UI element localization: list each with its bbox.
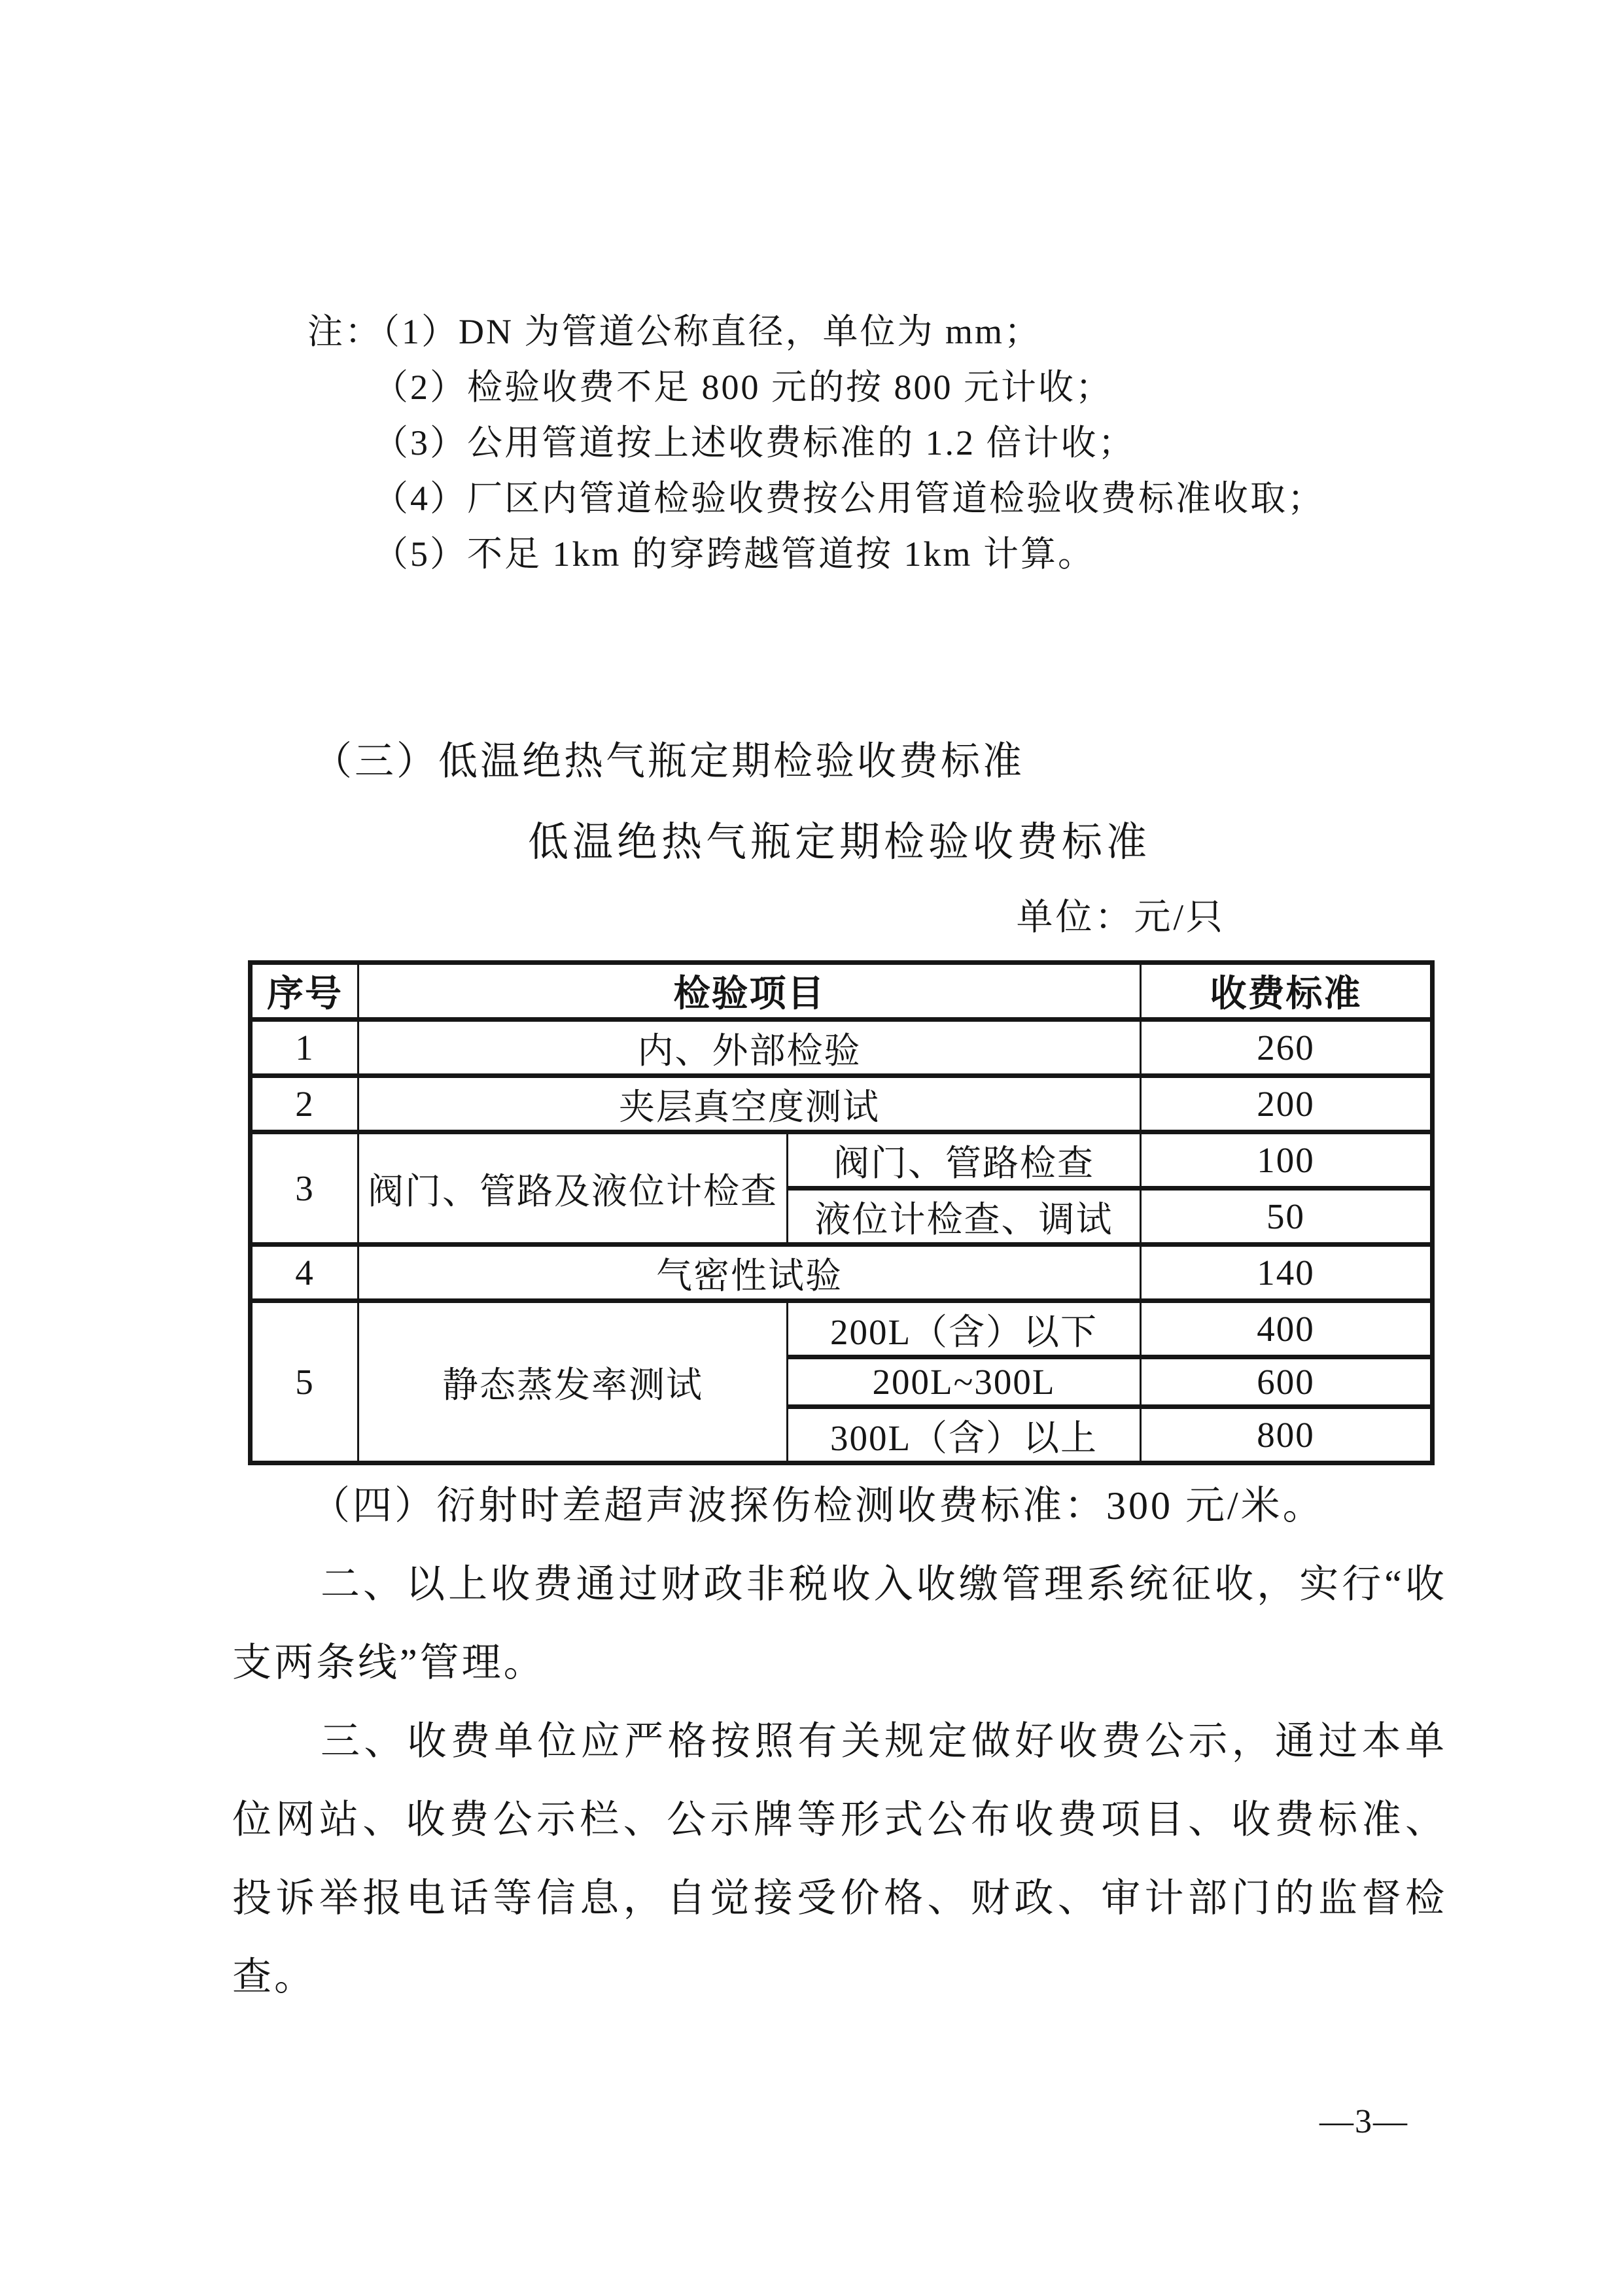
fee-table: 序号 检验项目 收费标准 1 内、外部检验 260 2 夹层真空度测试 200 …	[248, 960, 1435, 1465]
note-line-4: （4）厂区内管道检验收费按公用管道检验收费标准收取；	[373, 471, 1446, 527]
note-line-2: （2）检验收费不足 800 元的按 800 元计收；	[373, 360, 1446, 415]
para2-line-1: 二、以上收费通过财政非税收入收缴管理系统征收，实行“收	[232, 1545, 1446, 1624]
document-page: 注：（1）DN 为管道公称直径，单位为 mm； （2）检验收费不足 800 元的…	[0, 0, 1623, 2296]
paragraph-2: 二、以上收费通过财政非税收入收缴管理系统征收，实行“收 支两条线”管理。	[232, 1545, 1446, 1702]
row3-subitem-1: 阀门、管路检查	[788, 1132, 1141, 1189]
para3-line-4: 查。	[232, 1938, 1446, 2016]
row3-subfee-2: 50	[1141, 1189, 1433, 1245]
note-item-1: （1）DN 为管道公称直径，单位为 mm；	[382, 312, 1041, 351]
para3-line-1: 三、收费单位应严格按照有关规定做好收费公示，通过本单	[232, 1702, 1446, 1781]
row2-fee: 200	[1141, 1076, 1433, 1132]
note-line-3: （3）公用管道按上述收费标准的 1.2 倍计收；	[373, 415, 1446, 471]
note-line-1: 注：（1）DN 为管道公称直径，单位为 mm；	[307, 304, 1446, 360]
fee-table-header-row: 序号 检验项目 收费标准	[251, 963, 1433, 1020]
row1-no: 1	[251, 1020, 358, 1076]
header-fee: 收费标准	[1141, 963, 1433, 1020]
row5-subitem-3: 300L（含）以上	[788, 1407, 1141, 1463]
row3-subfee-1: 100	[1141, 1132, 1433, 1189]
row5-subfee-3: 800	[1141, 1407, 1433, 1463]
paragraph-3: 三、收费单位应严格按照有关规定做好收费公示，通过本单 位网站、收费公示栏、公示牌…	[232, 1702, 1446, 2016]
notes-block: 注：（1）DN 为管道公称直径，单位为 mm； （2）检验收费不足 800 元的…	[232, 304, 1446, 582]
row5-subfee-2: 600	[1141, 1357, 1433, 1407]
row4-item: 气密性试验	[358, 1245, 1141, 1301]
notes-prefix: 注：	[307, 312, 382, 351]
table-row: 1 内、外部检验 260	[251, 1020, 1433, 1076]
page-content: 注：（1）DN 为管道公称直径，单位为 mm； （2）检验收费不足 800 元的…	[232, 0, 1446, 2142]
row3-no: 3	[251, 1132, 358, 1245]
header-item: 检验项目	[358, 963, 1141, 1020]
note-line-5: （5）不足 1km 的穿跨越管道按 1km 计算。	[373, 527, 1446, 582]
table-row: 4 气密性试验 140	[251, 1245, 1433, 1301]
row2-item: 夹层真空度测试	[358, 1076, 1141, 1132]
row4-fee: 140	[1141, 1245, 1433, 1301]
row3-subitem-2: 液位计检查、调试	[788, 1189, 1141, 1245]
table-row: 3 阀门、管路及液位计检查 阀门、管路检查 100	[251, 1132, 1433, 1189]
table-row: 5 静态蒸发率测试 200L（含）以下 400	[251, 1301, 1433, 1357]
table-row: 2 夹层真空度测试 200	[251, 1076, 1433, 1132]
section3-heading: （三）低温绝热气瓶定期检验收费标准	[313, 732, 1446, 791]
para3-line-3: 投诉举报电话等信息，自觉接受价格、财政、审计部门的监督检	[232, 1859, 1446, 1938]
row4-no: 4	[251, 1245, 358, 1301]
unit-label: 单位：元/只	[232, 892, 1446, 944]
header-no: 序号	[251, 963, 358, 1020]
row1-fee: 260	[1141, 1020, 1433, 1076]
row5-subfee-1: 400	[1141, 1301, 1433, 1357]
row3-item: 阀门、管路及液位计检查	[358, 1132, 788, 1245]
row5-subitem-1: 200L（含）以下	[788, 1301, 1141, 1357]
para3-line-2: 位网站、收费公示栏、公示牌等形式公布收费项目、收费标准、	[232, 1781, 1446, 1859]
row1-item: 内、外部检验	[358, 1020, 1141, 1076]
page-number: —3—	[232, 2102, 1446, 2142]
row5-no: 5	[251, 1301, 358, 1463]
fee-table-title: 低温绝热气瓶定期检验收费标准	[232, 813, 1446, 872]
row5-item: 静态蒸发率测试	[358, 1301, 788, 1463]
row2-no: 2	[251, 1076, 358, 1132]
section4-line: （四）衍射时差超声波探伤检测收费标准：300 元/米。	[232, 1467, 1446, 1545]
row5-subitem-2: 200L~300L	[788, 1357, 1141, 1407]
para2-line-2: 支两条线”管理。	[232, 1624, 1446, 1702]
